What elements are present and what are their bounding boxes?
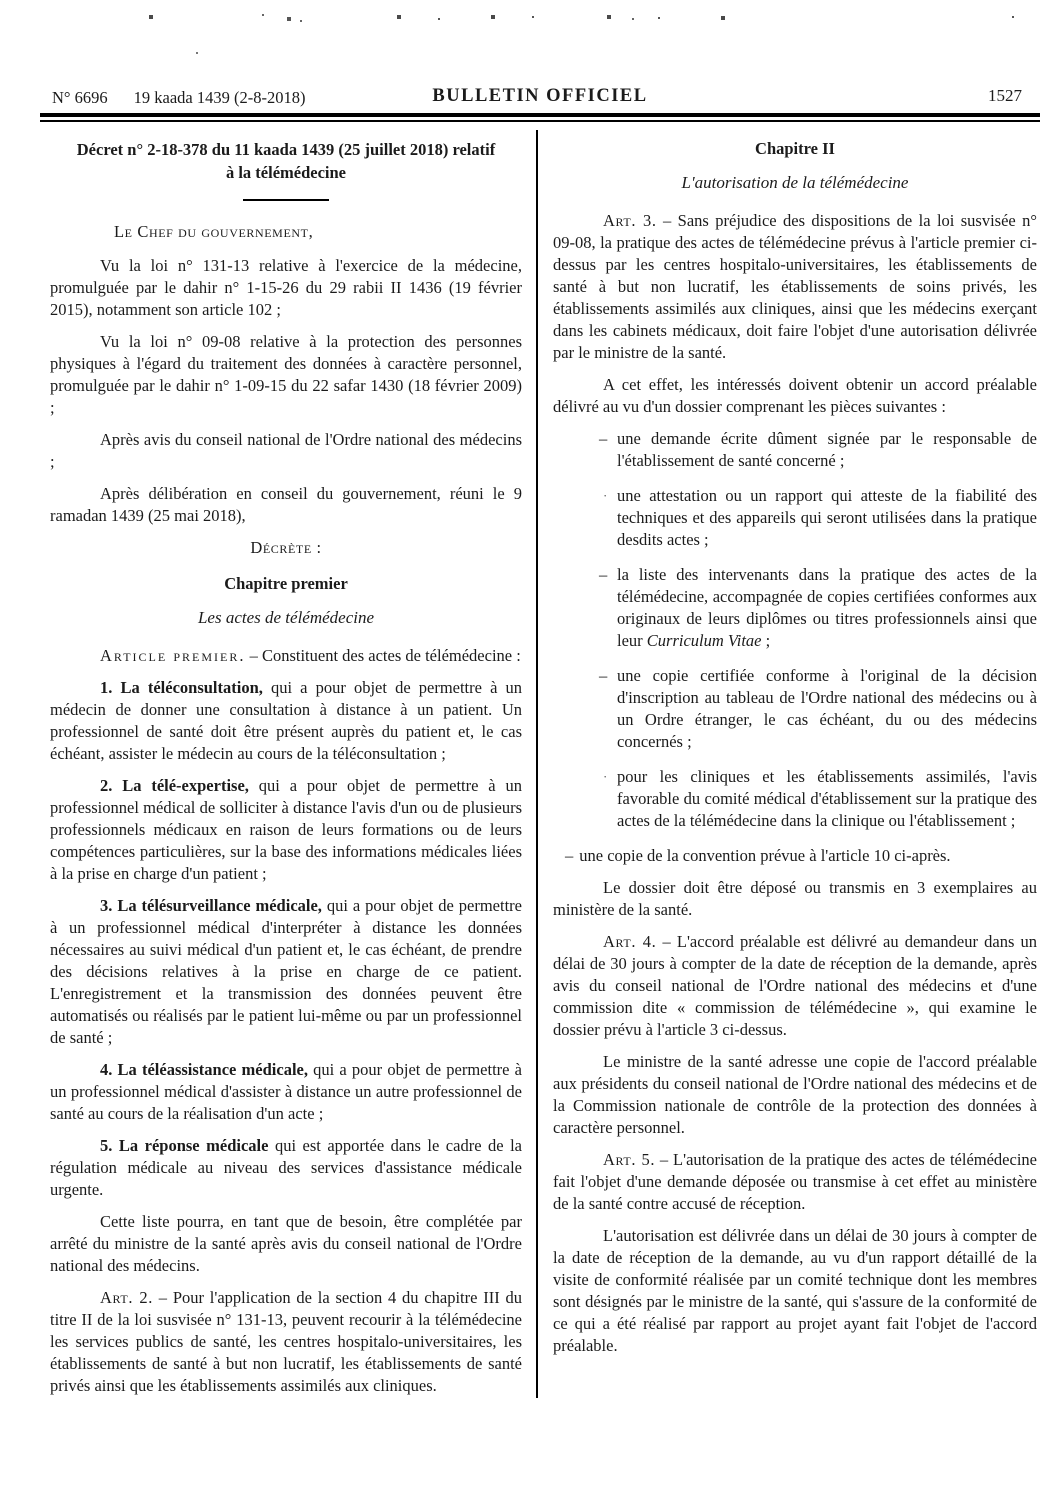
article-premier-label: Article premier. (100, 646, 245, 665)
list-item-attestation: ·une attestation ou un rapport qui attes… (553, 485, 1037, 551)
curriculum-vitae-italic: Curriculum Vitae (647, 631, 762, 650)
item-tele-expertise: 2. La télé-expertise, qui a pour objet d… (50, 775, 522, 885)
dash-marker: – (565, 846, 573, 865)
article-premier: Article premier. – Constituent des actes… (50, 645, 522, 667)
para-vu-loi-09-08: Vu la loi n° 09-08 relative à la protect… (50, 331, 522, 419)
title-divider (243, 199, 329, 201)
decree-title-line1: Décret n° 2-18-378 du 11 kaada 1439 (25 … (77, 140, 495, 159)
item5-term: 5. La réponse médicale (100, 1136, 268, 1155)
decree-title-line2: à la télémédecine (226, 163, 346, 182)
chapter2-subtitle: L'autorisation de la télémédecine (553, 172, 1037, 194)
item2-term: 2. La télé-expertise, (100, 776, 249, 795)
left-column: Décret n° 2-18-378 du 11 kaada 1439 (25 … (50, 130, 522, 1407)
dot-marker: · (603, 766, 607, 788)
list-item-text: pour les cliniques et les établissements… (617, 767, 1037, 830)
item1-term: 1. La téléconsultation, (100, 678, 263, 697)
article-3: Art. 3. – Sans préjudice des disposition… (553, 210, 1037, 364)
list-item-text: une demande écrite dûment signée par le … (617, 429, 1037, 470)
para-apres-deliberation: Après délibération en conseil du gouvern… (50, 483, 522, 527)
salutation: Le Chef du gouvernement, (50, 221, 522, 243)
decrete-heading: Décrète : (50, 537, 522, 559)
article-5: Art. 5. – L'autorisation de la pratique … (553, 1149, 1037, 1215)
list-item-avis-comite: ·pour les cliniques et les établissement… (553, 766, 1037, 832)
dash-marker: – (599, 564, 607, 586)
list-item-convention: –une copie de la convention prévue à l'a… (553, 845, 1037, 867)
list-item-copie-decision: –une copie certifiée conforme à l'origin… (553, 665, 1037, 753)
list-item-intervenants: –la liste des intervenants dans la prati… (553, 564, 1037, 652)
article-premier-text: – Constituent des actes de télémédecine … (245, 646, 520, 665)
right-column: Chapitre II L'autorisation de la téléméd… (553, 130, 1037, 1407)
article-3-text: – Sans préjudice des dispositions de la … (553, 211, 1037, 362)
article-5-label: Art. 5. (603, 1150, 655, 1169)
item-reponse-medicale: 5. La réponse médicale qui est apportée … (50, 1135, 522, 1201)
list-item-demande-ecrite: –une demande écrite dûment signée par le… (553, 428, 1037, 472)
item-teleconsultation: 1. La téléconsultation, qui a pour objet… (50, 677, 522, 765)
para-ministre-adresse: Le ministre de la santé adresse une copi… (553, 1051, 1037, 1139)
para-autorisation-delai: L'autorisation est délivrée dans un déla… (553, 1225, 1037, 1357)
para-cette-liste: Cette liste pourra, en tant que de besoi… (50, 1211, 522, 1277)
article-4: Art. 4. – L'accord préalable est délivré… (553, 931, 1037, 1041)
dash-marker: – (599, 665, 607, 687)
article-4-label: Art. 4. (603, 932, 656, 951)
page-body: Décret n° 2-18-378 du 11 kaada 1439 (25 … (50, 130, 1037, 1407)
item3-text: qui a pour objet de permettre à un profe… (50, 896, 522, 1047)
chapter1-subtitle: Les actes de télémédecine (50, 607, 522, 629)
header-rule (40, 113, 1040, 117)
para-dossier-exemplaires: Le dossier doit être déposé ou transmis … (553, 877, 1037, 921)
para-apres-avis: Après avis du conseil national de l'Ordr… (50, 429, 522, 473)
item-teleassistance: 4. La téléassistance médicale, qui a pou… (50, 1059, 522, 1125)
para-a-cet-effet: A cet effet, les intéressés doivent obte… (553, 374, 1037, 418)
dot-marker: · (603, 485, 607, 507)
page-number: 1527 (988, 86, 1022, 106)
item4-term: 4. La téléassistance médicale, (100, 1060, 308, 1079)
chapter1-heading: Chapitre premier (50, 573, 522, 595)
article-2: Art. 2. – Pour l'application de la secti… (50, 1287, 522, 1397)
article-3-label: Art. 3. (603, 211, 657, 230)
list-item-text: une copie de la convention prévue à l'ar… (579, 846, 950, 865)
journal-title: BULLETIN OFFICIEL (52, 86, 1028, 107)
item-telesurveillance: 3. La télésurveillance médicale, qui a p… (50, 895, 522, 1049)
masthead: N° 669619 kaada 1439 (2-8-2018) BULLETIN… (52, 86, 1028, 110)
list-item-text: une attestation ou un rapport qui attest… (617, 486, 1037, 549)
item3-term: 3. La télésurveillance médicale, (100, 896, 322, 915)
column-divider (536, 130, 538, 1398)
article-2-label: Art. 2. (100, 1288, 153, 1307)
scan-noise (0, 0, 2, 2)
chapter2-heading: Chapitre II (553, 138, 1037, 160)
list-item-text: une copie certifiée conforme à l'origina… (617, 666, 1037, 751)
decree-title: Décret n° 2-18-378 du 11 kaada 1439 (25 … (50, 138, 522, 184)
dash-marker: – (599, 428, 607, 450)
para-vu-loi-131-13: Vu la loi n° 131-13 relative à l'exercic… (50, 255, 522, 321)
list-item-text-end: ; (762, 631, 771, 650)
